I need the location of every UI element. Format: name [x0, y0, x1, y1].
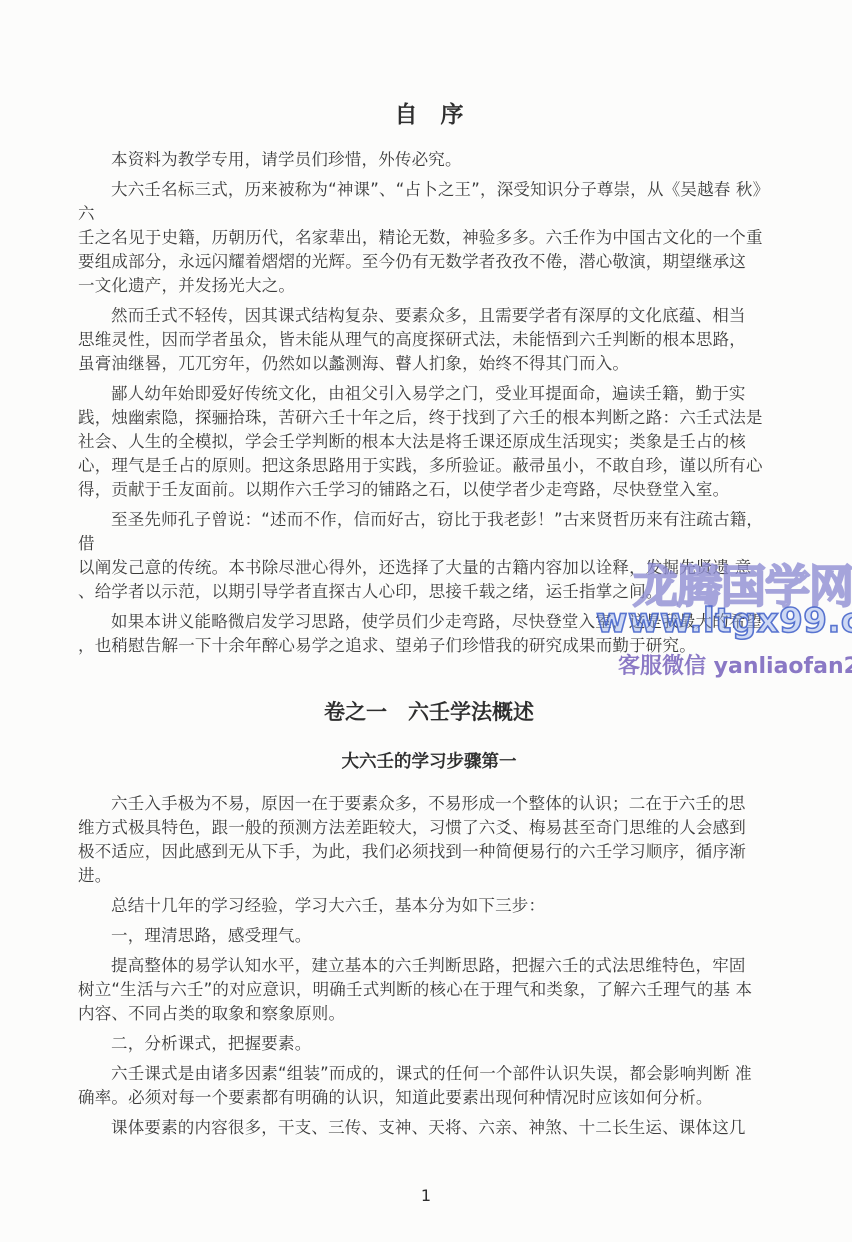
chapter-paragraph: 提高整体的易学认知水平，建立基本的六壬判断思路，把握六壬的式法思维特色，牢固 树… [78, 954, 780, 1026]
preface-paragraph: 至圣先师孔子曾说：“述而不作，信而好古，窃比于我老彭！”古来贤哲历来有注疏古籍，… [78, 508, 780, 604]
chapter-paragraph: 一，理清思路，感受理气。 [78, 924, 780, 948]
preface-paragraph: 如果本讲义能略微启发学习思路，使学员们少走弯路，尽快登堂入室，这是我最大的希望 … [78, 610, 780, 658]
chapter-paragraph: 总结十几年的学习经验，学习大六壬，基本分为如下三步： [78, 894, 780, 918]
preface-paragraph: 然而壬式不轻传，因其课式结构复杂、要素众多，且需要学者有深厚的文化底蕴、相当 思… [78, 304, 780, 376]
page-content: 自 序 本资料为教学专用，请学员们珍惜，外传必究。 大六壬名标三式，历来被称为“… [78, 100, 780, 1146]
chapter-heading: 卷之一 六壬学法概述 [78, 698, 780, 726]
chapter-paragraph: 二，分析课式，把握要素。 [78, 1032, 780, 1056]
document-page: 自 序 本资料为教学专用，请学员们珍惜，外传必究。 大六壬名标三式，历来被称为“… [0, 0, 852, 1242]
preface-section: 本资料为教学专用，请学员们珍惜，外传必究。 大六壬名标三式，历来被称为“神课”、… [78, 148, 780, 658]
preface-paragraph: 鄙人幼年始即爱好传统文化，由祖父引入易学之门，受业耳提面命，遍读壬籍，勤于实 践… [78, 382, 780, 502]
preface-paragraph: 大六壬名标三式，历来被称为“神课”、“占卜之王”，深受知识分子尊崇，从《吴越春 … [78, 178, 780, 298]
chapter-paragraph: 六壬入手极为不易，原因一在于要素众多，不易形成一个整体的认识；二在于六壬的思 维… [78, 792, 780, 888]
chapter-section: 六壬入手极为不易，原因一在于要素众多，不易形成一个整体的认识；二在于六壬的思 维… [78, 792, 780, 1140]
chapter-paragraph: 六壬课式是由诸多因素“组装”而成的，课式的任何一个部件认识失误，都会影响判断 准… [78, 1062, 780, 1110]
preface-paragraph: 本资料为教学专用，请学员们珍惜，外传必究。 [78, 148, 780, 172]
section-heading: 大六壬的学习步骤第一 [78, 750, 780, 774]
page-number: 1 [0, 1186, 852, 1205]
chapter-paragraph: 课体要素的内容很多，干支、三传、支神、天将、六亲、神煞、十二长生运、课体这几 [78, 1116, 780, 1140]
page-title: 自 序 [78, 100, 780, 130]
